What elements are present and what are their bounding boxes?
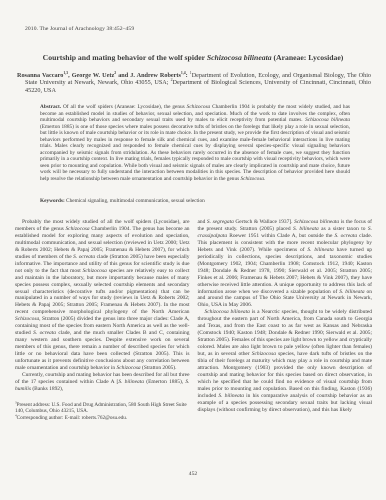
keywords-line: Keywords: Chemical signaling, multimodal… <box>40 198 350 205</box>
article-title: Courtship and mating behavior of the wol… <box>18 53 368 62</box>
body-paragraph-intro: Probably the most widely studied of all … <box>15 219 190 372</box>
footnote-present-address: 3Present address: U.S. Food and Drug Adm… <box>15 402 190 415</box>
body-paragraph-clade-a: Currently, courtship and mating behavior… <box>15 372 190 393</box>
footnote-corresponding-author: 4Corresponding author: E-mail: roberts.7… <box>15 415 190 421</box>
abstract-paragraph: Abstract. Of all the wolf spiders (Arane… <box>40 104 350 183</box>
right-column: and S. segregata Gertsch & Wallace 1937]… <box>198 219 373 472</box>
journal-page: 2010. The Journal of Arachnology 38:452–… <box>0 0 386 500</box>
footnotes-block: 3Present address: U.S. Food and Drug Adm… <box>15 402 190 421</box>
page-number: 452 <box>0 471 386 477</box>
journal-citation-header: 2010. The Journal of Arachnology 38:452–… <box>25 26 134 32</box>
author-affiliation-block: Rosanna Vaccaro1,3, George W. Uetz2 and … <box>17 72 371 94</box>
body-paragraph-species-description: Schizocosa bilineata is a Nearctic speci… <box>198 309 373 413</box>
body-columns: Probably the most widely studied of all … <box>15 219 372 472</box>
body-paragraph-study-focus: and S. segregata Gertsch & Wallace 1937]… <box>198 219 373 309</box>
left-column: Probably the most widely studied of all … <box>15 219 190 472</box>
